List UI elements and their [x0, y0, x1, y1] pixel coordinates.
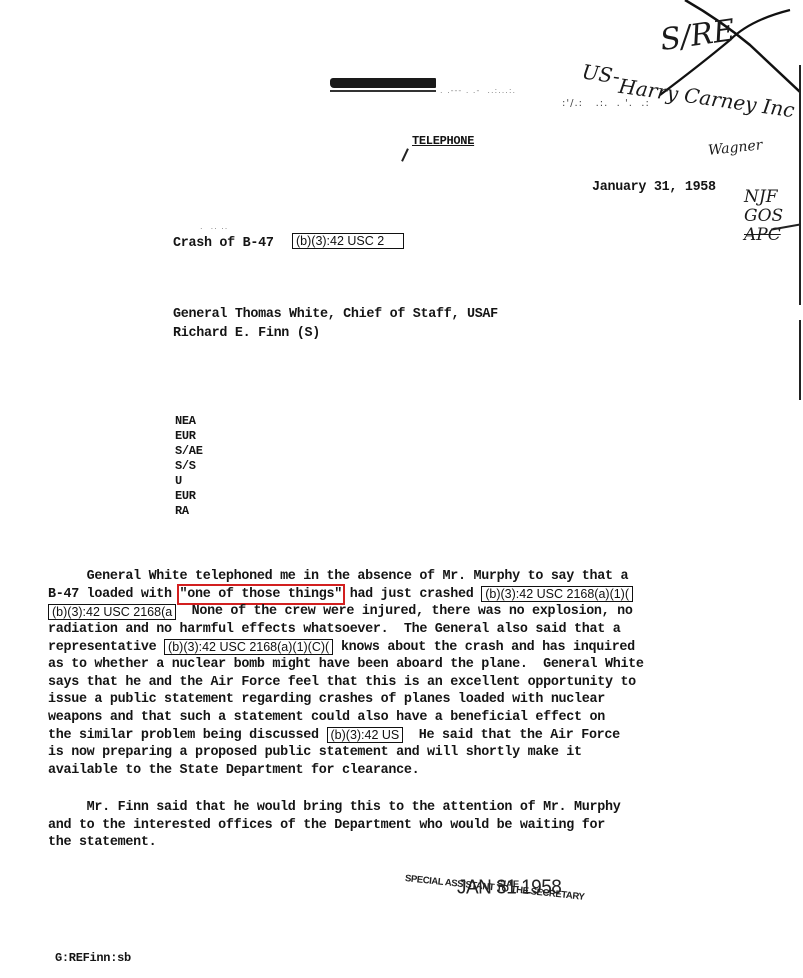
classification-bar-redacted [330, 78, 436, 88]
classification-underline [330, 90, 436, 92]
handwritten-initials: NJF GOS APC [744, 188, 783, 245]
handwritten-scribble: :'/.: .:. . '. .: [562, 98, 650, 109]
faint-marking: . .--- . .- ..:...:. [440, 86, 516, 95]
distribution-item: EUR [175, 489, 203, 504]
body-paragraph-1: General White telephoned me in the absen… [48, 568, 728, 779]
distribution-item: S/AE [175, 444, 203, 459]
redaction-box-subject: (b)(3):42 USC 2 [292, 233, 404, 249]
body-text: issue a public statement regarding crash… [48, 692, 605, 707]
paragraph-1-line: representative (b)(3):42 USC 2168(a)(1)(… [48, 638, 728, 656]
body-text: He said that the Air Force [403, 728, 620, 743]
margin-rule [799, 65, 801, 305]
body-text: B-47 loaded with [48, 587, 180, 602]
body-text: the similar problem being discussed [48, 728, 327, 743]
paragraph-1-line: General White telephoned me in the absen… [48, 568, 728, 586]
paragraph-1-line: B-47 loaded with "one of those things" h… [48, 586, 728, 604]
body-text: available to the State Department for cl… [48, 763, 419, 778]
redaction-box: (b)(3):42 US [327, 727, 404, 743]
body-text: radiation and no harmful effects whatsoe… [48, 622, 620, 637]
distribution-item: U [175, 474, 203, 489]
paragraph-1-line: available to the State Department for cl… [48, 762, 728, 780]
paragraph-1-line: (b)(3):42 USC 2168(a None of the crew we… [48, 603, 728, 621]
participant-2: Richard E. Finn (S) [173, 326, 320, 341]
body-text: as to whether a nuclear bomb might have … [48, 657, 644, 672]
faint-marking-2: . .. .. [200, 222, 228, 231]
paragraph-1-line: weapons and that such a statement could … [48, 709, 728, 727]
margin-rule-2 [799, 320, 801, 400]
participant-1: General Thomas White, Chief of Staff, US… [173, 307, 498, 322]
distribution-item: EUR [175, 429, 203, 444]
distribution-list: NEA EUR S/AE S/S U EUR RA [175, 414, 203, 519]
body-text: weapons and that such a statement could … [48, 710, 605, 725]
redaction-box: (b)(3):42 USC 2168(a [48, 604, 176, 620]
body-text: None of the crew were injured, there was… [176, 604, 632, 619]
body-text: knows about the crash and has inquired [333, 640, 635, 655]
drafter-initials: G:REFinn:sb [55, 951, 131, 965]
paragraph-1-line: radiation and no harmful effects whatsoe… [48, 621, 728, 639]
method-pen-mark [401, 148, 409, 162]
memo-subject: Crash of B-47 [173, 236, 274, 251]
body-text: General White telephoned me in the absen… [48, 569, 628, 584]
redaction-box: (b)(3):42 USC 2168(a)(1)( [481, 586, 633, 602]
handwritten-routing-1: US- [581, 59, 622, 88]
paragraph-1-line: issue a public statement regarding crash… [48, 691, 728, 709]
paragraph-1-line: the similar problem being discussed (b)(… [48, 726, 728, 744]
paragraph-1-line: is now preparing a proposed public state… [48, 744, 728, 762]
distribution-item: NEA [175, 414, 203, 429]
handwritten-routing-3: Wagner [707, 137, 763, 159]
stamp-date: JAN 31 1958 [457, 876, 561, 899]
paragraph-2-line: the statement. [48, 835, 156, 850]
distribution-item: RA [175, 504, 203, 519]
body-paragraph-2: Mr. Finn said that he would bring this t… [48, 795, 728, 848]
distribution-item: S/S [175, 459, 203, 474]
redaction-box: (b)(3):42 USC 2168(a)(1)(C)( [164, 639, 333, 655]
body-text: is now preparing a proposed public state… [48, 745, 582, 760]
highlighted-phrase: "one of those things" [180, 587, 342, 602]
paragraph-1-line: says that he and the Air Force feel that… [48, 674, 728, 692]
initials-2: GOS [744, 206, 783, 226]
communication-method: TELEPHONE [412, 134, 474, 148]
memo-date: January 31, 1958 [592, 180, 716, 195]
body-text: representative [48, 640, 164, 655]
paragraph-1-line: as to whether a nuclear bomb might have … [48, 656, 728, 674]
body-text: had just crashed [342, 587, 481, 602]
initials-1: NJF [744, 187, 778, 207]
body-text: says that he and the Air Force feel that… [48, 675, 636, 690]
